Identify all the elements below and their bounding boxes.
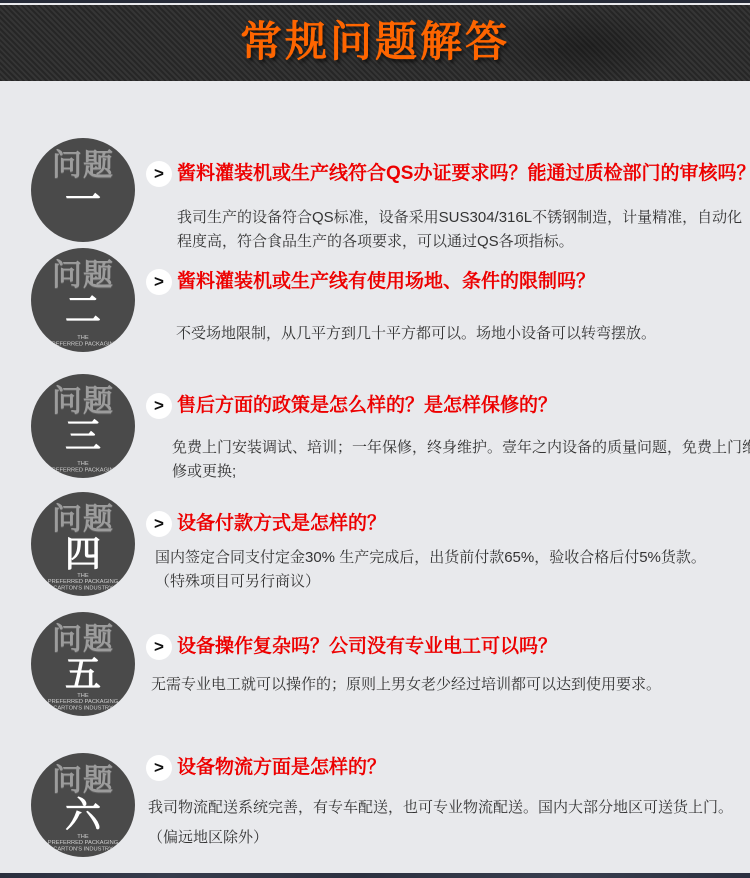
- faq-page: 常规问题解答 问题 一 > 酱料灌装机或生产线符合QS办证要求吗？能通过质检部门…: [0, 0, 750, 878]
- question-answer: 我司物流配送系统完善，有专车配送，也可专业物流配送。国内大部分地区可送货上门。 …: [148, 793, 748, 853]
- question-circle-1: 问题 一: [31, 138, 135, 242]
- question-circle-2: 问题 二 THE PREFERRED PACKAGING: [31, 248, 135, 352]
- chevron-right-icon: >: [146, 634, 172, 660]
- question-title: 酱料灌装机或生产线符合QS办证要求吗？能通过质检部门的审核吗？: [177, 162, 742, 186]
- header-banner: 常规问题解答: [0, 5, 750, 81]
- question-answer: 无需专业电工就可以操作的；原则上男女老少经过培训都可以达到使用要求。: [151, 673, 750, 697]
- faq-row-2: 问题 二 THE PREFERRED PACKAGING > 酱料灌装机或生产线…: [0, 248, 750, 368]
- circle-number: 三: [31, 418, 135, 454]
- circle-label: 问题: [31, 261, 135, 291]
- top-divider: [0, 0, 750, 3]
- question-title: 设备操作复杂吗？公司没有专业电工可以吗？: [177, 635, 742, 659]
- circle-label: 问题: [31, 505, 135, 535]
- chevron-right-icon: >: [146, 393, 172, 419]
- circle-label: 问题: [31, 387, 135, 417]
- bottom-divider: [0, 873, 750, 878]
- page-title: 常规问题解答: [0, 5, 750, 81]
- faq-row-1: 问题 一 > 酱料灌装机或生产线符合QS办证要求吗？能通过质检部门的审核吗？ 我…: [0, 138, 750, 258]
- question-title: 设备付款方式是怎样的？: [177, 512, 742, 536]
- faq-row-6: 问题 六 THE PREFERRED PACKAGING CARTON'S IN…: [0, 753, 750, 873]
- question-answer: 我司生产的设备符合QS标准，设备采用SUS304/316L不锈钢制造，计量精准，…: [177, 206, 750, 254]
- question-circle-5: 问题 五 THE PREFERRED PACKAGING CARTON'S IN…: [31, 612, 135, 716]
- chevron-right-icon: >: [146, 511, 172, 537]
- question-answer: 国内签定合同支付定金30% 生产完成后，出货前付款65%，验收合格后付5%货款。…: [155, 546, 750, 594]
- faq-row-5: 问题 五 THE PREFERRED PACKAGING CARTON'S IN…: [0, 612, 750, 732]
- faq-row-3: 问题 三 THE PREFERRED PACKAGING > 售后方面的政策是怎…: [0, 374, 750, 494]
- circle-number: 六: [31, 797, 135, 833]
- circle-brand-text: THE PREFERRED PACKAGING CARTON'S INDUSTR…: [48, 833, 118, 852]
- question-circle-6: 问题 六 THE PREFERRED PACKAGING CARTON'S IN…: [31, 753, 135, 857]
- question-answer: 不受场地限制，从几平方到几十平方都可以。场地小设备可以转弯摆放。: [176, 322, 750, 346]
- circle-number: 五: [31, 656, 135, 692]
- chevron-right-icon: >: [146, 269, 172, 295]
- circle-label: 问题: [31, 151, 135, 181]
- circle-number: 二: [31, 292, 135, 328]
- circle-number: 四: [31, 536, 135, 572]
- faq-row-4: 问题 四 THE PREFERRED PACKAGING CARTON'S IN…: [0, 492, 750, 612]
- circle-brand-text: THE PREFERRED PACKAGING: [48, 461, 118, 473]
- circle-brand-text: THE PREFERRED PACKAGING CARTON'S INDUSTR…: [48, 572, 118, 591]
- question-circle-3: 问题 三 THE PREFERRED PACKAGING: [31, 374, 135, 478]
- circle-brand-text: THE PREFERRED PACKAGING: [48, 335, 118, 347]
- question-circle-4: 问题 四 THE PREFERRED PACKAGING CARTON'S IN…: [31, 492, 135, 596]
- circle-number: 一: [31, 182, 135, 218]
- chevron-right-icon: >: [146, 161, 172, 187]
- question-answer: 免费上门安装调试、培训；一年保修，终身维护。壹年之内设备的质量问题，免费上门维 …: [172, 436, 750, 484]
- question-title: 酱料灌装机或生产线有使用场地、条件的限制吗？: [177, 270, 742, 294]
- chevron-right-icon: >: [146, 755, 172, 781]
- circle-brand-text: THE PREFERRED PACKAGING CARTON'S INDUSTR…: [48, 692, 118, 711]
- circle-label: 问题: [31, 625, 135, 655]
- question-title: 设备物流方面是怎样的？: [177, 756, 742, 780]
- question-title: 售后方面的政策是怎么样的？是怎样保修的？: [177, 394, 742, 418]
- circle-label: 问题: [31, 766, 135, 796]
